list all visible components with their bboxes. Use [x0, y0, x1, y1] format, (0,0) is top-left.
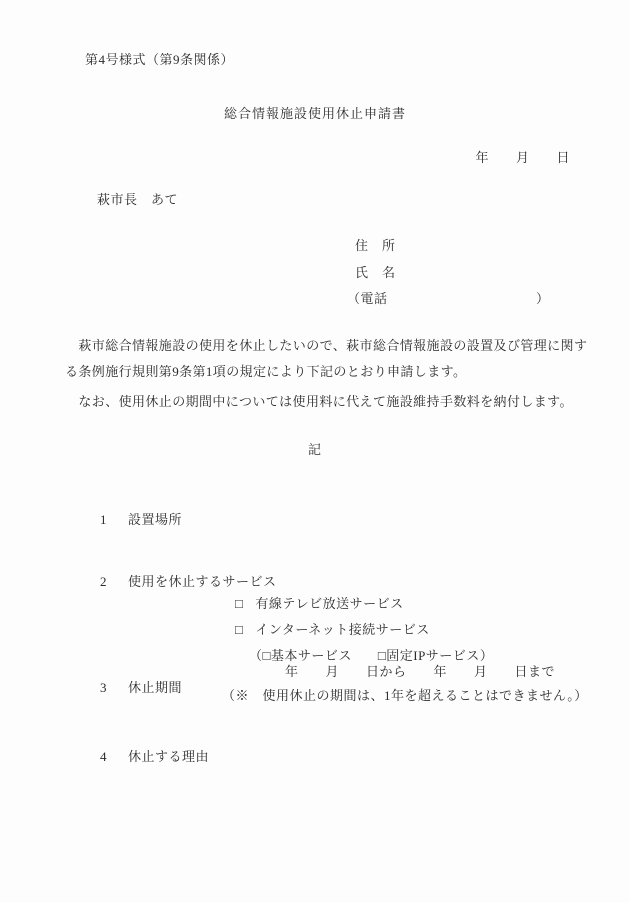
checkbox-icon: □: [263, 648, 271, 664]
section-1-title: 設置場所: [128, 512, 182, 527]
address-label: 住 所: [355, 238, 396, 254]
form-number: 第4号様式（第9条関係）: [85, 52, 234, 68]
sub-option-basic-label: 基本サービス: [271, 648, 352, 663]
section-4: 4休止する理由: [85, 733, 209, 781]
close-paren: ）: [480, 648, 494, 663]
suspension-period-line: 年 月 日から 年 月 日まで: [285, 664, 555, 680]
section-4-title: 休止する理由: [128, 749, 209, 764]
body-line-2: る条例施行規則第9条第1項の規定により下記のとおり申請します。: [65, 364, 575, 380]
addressee: 萩市長 あて: [97, 192, 178, 208]
section-2-number: 2: [100, 574, 128, 590]
suspension-period-note: （※ 使用休止の期間は、1年を超えることはできません。）: [222, 688, 588, 704]
open-paren: （: [249, 648, 263, 663]
body-line-1: 萩市総合情報施設の使用を休止したいので、萩市総合情報施設の設置及び管理に関す: [65, 338, 575, 354]
body-line-3: なお、使用休止の期間中については使用料に代えて施設維持手数料を納付します。: [65, 394, 575, 410]
sub-option-fixed-ip-label: 固定IPサービス: [386, 648, 480, 663]
section-4-number: 4: [100, 749, 128, 765]
date-line: 年 月 日: [0, 150, 630, 166]
name-label: 氏 名: [355, 265, 396, 281]
document-page: 第4号様式（第9条関係） 総合情報施設使用休止申請書 年 月 日 萩市長 あて …: [0, 0, 630, 903]
phone-line: （電話 ）: [347, 291, 550, 307]
checkbox-icon: □: [378, 648, 386, 664]
section-1-number: 1: [100, 512, 128, 528]
record-marker: 記: [0, 442, 630, 458]
section-1: 1設置場所: [85, 496, 182, 544]
page-title: 総合情報施設使用休止申請書: [0, 106, 630, 122]
section-3-number: 3: [100, 680, 128, 696]
section-3-title: 休止期間: [128, 680, 182, 695]
